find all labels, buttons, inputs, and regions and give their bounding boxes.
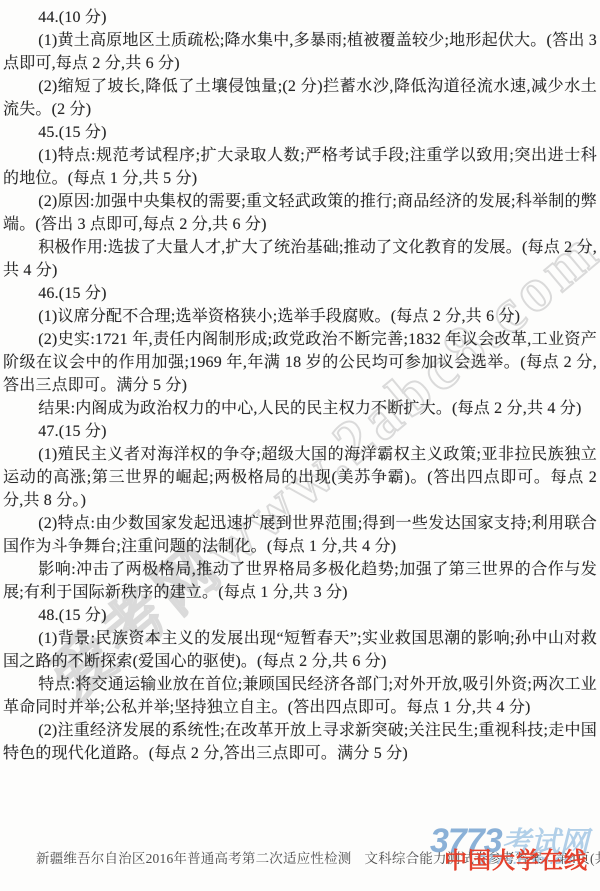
answer-paragraph: (2)特点:由少数国家发起迅速扩展到世界范围;得到一些发达国家支持;利用联合国作… xyxy=(3,512,597,558)
answer-paragraph: (1)殖民主义者对海洋权的争夺;超级大国的海洋霸权主义政策;亚非拉民族独立运动的… xyxy=(3,443,597,512)
answer-paragraph: (2)缩短了坡长,降低了土壤侵蚀量;(2 分)拦蓄水沙,降低沟道径流水速,减少水… xyxy=(3,75,597,121)
answer-paragraph: (1)黄土高原地区土质疏松;降水集中,多暴雨;植被覆盖较少;地形起伏大。(答出 … xyxy=(3,29,597,75)
question-heading: 47.(15 分) xyxy=(3,420,597,443)
answer-paragraph: (2)注重经济发展的系统性;在改革开放上寻求新突破;关注民生;重视科技;走中国特… xyxy=(3,719,597,765)
question-heading: 44.(10 分) xyxy=(3,6,597,29)
question-heading: 46.(15 分) xyxy=(3,282,597,305)
answer-paragraph: 结果:内阁成为政治权力的中心,人民的民主权力不断扩大。(每点 2 分,共 4 分… xyxy=(3,397,597,420)
answer-document: 44.(10 分)(1)黄土高原地区土质疏松;降水集中,多暴雨;植被覆盖较少;地… xyxy=(0,0,600,765)
answer-paragraph: (1)特点:规范考试程序;扩大录取人数;严格考试手段;注重学以致用;突出进士科的… xyxy=(3,144,597,190)
question-heading: 48.(15 分) xyxy=(3,604,597,627)
scanned-answer-page: 爱考网www.2abc8.com 44.(10 分)(1)黄土高原地区土质疏松;… xyxy=(0,0,600,891)
answer-paragraph: (2)原因:加强中央集权的需要;重文轻武政策的推行;商品经济的发展;科举制的弊端… xyxy=(3,190,597,236)
site-slogan-watermark: 中国大学在线 xyxy=(444,842,588,875)
answer-paragraph: (2)史实:1721 年,责任内阁制形成;政党政治不断完善;1832 年议会改革… xyxy=(3,328,597,397)
answer-paragraph: (1)背景:民族资本主义的发展出现“短暂春天”;实业救国思潮的影响;孙中山对救国… xyxy=(3,627,597,673)
answer-paragraph: 影响:冲击了两极格局,推动了世界格局多极化趋势;加强了第三世界的合作与发展;有利… xyxy=(3,558,597,604)
answer-paragraph: 特点:将交通运输业放在首位;兼顾国民经济各部门;对外开放,吸引外资;两次工业革命… xyxy=(3,673,597,719)
footer-exam-title: 新疆维吾尔自治区2016年普通高考第二次适应性检测 xyxy=(36,851,352,866)
question-heading: 45.(15 分) xyxy=(3,121,597,144)
answer-paragraph: (1)议席分配不合理;选举资格狭小;选举手段腐败。(每点 2 分,共 6 分) xyxy=(3,305,597,328)
answer-paragraph: 积极作用:选拔了大量人才,扩大了统治基础;推动了文化教育的发展。(每点 2 分,… xyxy=(3,236,597,282)
